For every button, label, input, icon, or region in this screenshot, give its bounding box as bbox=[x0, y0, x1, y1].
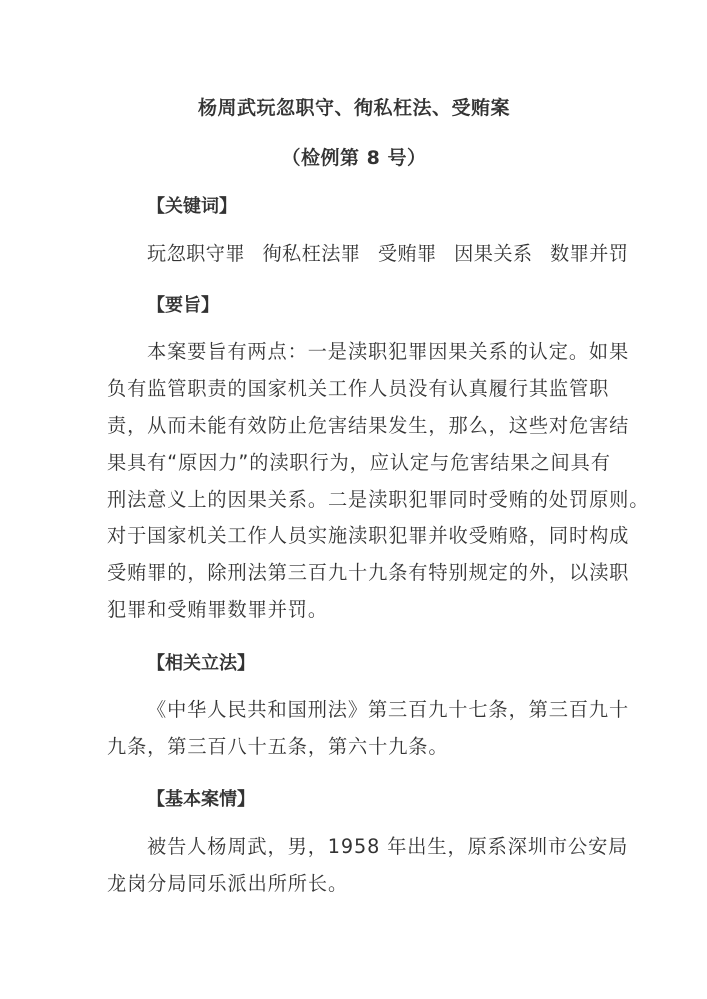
keyword-item: 因果关系 bbox=[454, 242, 532, 265]
keywords-list: 玩忽职守罪 徇私枉法罪 受贿罪 因果关系 数罪并罚 bbox=[147, 239, 639, 266]
keywords-heading: 【关键词】 bbox=[147, 192, 237, 218]
paragraph-line: 受贿罪的，除刑法第三百九十九条有特别规定的外，以渎职 bbox=[107, 555, 601, 592]
paragraph-line: 被告人杨周武，男，1958 年出生，原系深圳市公安局 bbox=[107, 829, 601, 866]
paragraph-line: 龙岗分局同乐派出所所长。 bbox=[107, 866, 601, 903]
legislation-heading: 【相关立法】 bbox=[147, 649, 255, 675]
keyword-item: 受贿罪 bbox=[378, 242, 437, 265]
facts-heading: 【基本案情】 bbox=[147, 785, 255, 811]
document-subtitle: （检例第 8 号） bbox=[107, 143, 601, 170]
gist-paragraph: 本案要旨有两点：一是渎职犯罪因果关系的认定。如果 负有监管职责的国家机关工作人员… bbox=[107, 334, 601, 629]
facts-paragraph: 被告人杨周武，男，1958 年出生，原系深圳市公安局 龙岗分局同乐派出所所长。 bbox=[107, 829, 601, 903]
keyword-item: 数罪并罚 bbox=[550, 242, 628, 265]
gist-heading: 【要旨】 bbox=[147, 291, 219, 317]
paragraph-line: 犯罪和受贿罪数罪并罚。 bbox=[107, 592, 601, 629]
paragraph-line: 果具有“原因力”的渎职行为，应认定与危害结果之间具有 bbox=[107, 445, 601, 482]
paragraph-line: 本案要旨有两点：一是渎职犯罪因果关系的认定。如果 bbox=[107, 334, 601, 371]
paragraph-line: 九条，第三百八十五条，第六十九条。 bbox=[107, 729, 601, 766]
document-title: 杨周武玩忽职守、徇私枉法、受贿案 bbox=[107, 93, 601, 120]
legislation-paragraph: 《中华人民共和国刑法》第三百九十七条，第三百九十 九条，第三百八十五条，第六十九… bbox=[107, 692, 601, 766]
paragraph-line: 责，从而未能有效防止危害结果发生，那么，这些对危害结 bbox=[107, 408, 601, 445]
paragraph-line: 对于国家机关工作人员实施渎职犯罪并收受贿赂，同时构成 bbox=[107, 518, 601, 555]
paragraph-line: 负有监管职责的国家机关工作人员没有认真履行其监管职 bbox=[107, 371, 601, 408]
paragraph-line: 刑法意义上的因果关系。二是渎职犯罪同时受贿的处罚原则。 bbox=[107, 482, 601, 519]
paragraph-line: 《中华人民共和国刑法》第三百九十七条，第三百九十 bbox=[107, 692, 601, 729]
keyword-item: 玩忽职守罪 bbox=[147, 242, 245, 265]
keyword-item: 徇私枉法罪 bbox=[262, 242, 360, 265]
